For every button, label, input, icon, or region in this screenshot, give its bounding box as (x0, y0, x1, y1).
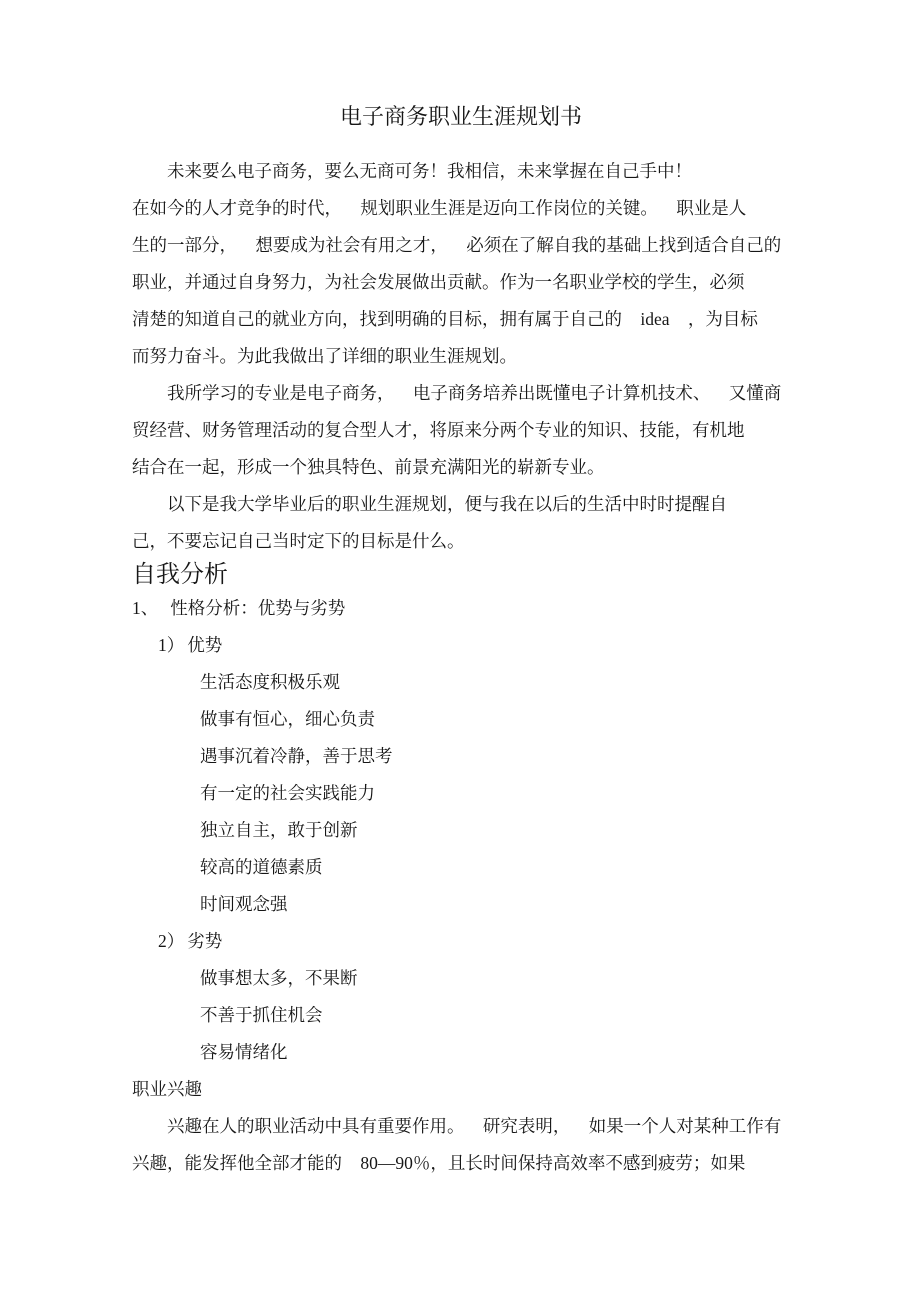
list-item: 时间观念强 (200, 886, 920, 923)
list-heading: 1）优势 (158, 627, 920, 664)
paragraph-line: 己，不要忘记自己当时定下的目标是什么。 (132, 523, 920, 560)
list-label: 优势 (187, 635, 222, 655)
list-item: 有一定的社会实践能力 (200, 775, 920, 812)
list-item: 容易情绪化 (200, 1034, 920, 1071)
list-heading: 1、性格分析：优势与劣势 (132, 590, 920, 627)
list-item: 较高的道德素质 (200, 849, 920, 886)
list-number: 2） (158, 931, 184, 951)
paragraph-line: 兴趣，能发挥他全部才能的 80—90％，且长时间保持高效率不感到疲劳；如果 (132, 1145, 920, 1182)
list-item: 做事有恒心，细心负责 (200, 701, 920, 738)
list-item: 生活态度积极乐观 (200, 664, 920, 701)
paragraph-line: 职业兴趣 (132, 1071, 920, 1108)
paragraph-line: 结合在一起，形成一个独具特色、前景充满阳光的崭新专业。 (132, 449, 920, 486)
paragraph-line: 清楚的知道自己的就业方向，找到明确的目标，拥有属于自己的 idea ，为目标 (132, 301, 920, 338)
list-heading: 2）劣势 (158, 923, 920, 960)
section-heading: 自我分析 (132, 560, 920, 590)
paragraph-line: 未来要么电子商务，要么无商可务！我相信，未来掌握在自己手中！ (132, 153, 920, 190)
list-number: 1） (158, 635, 184, 655)
paragraph-line: 而努力奋斗。为此我做出了详细的职业生涯规划。 (132, 338, 920, 375)
paragraph-line: 以下是我大学毕业后的职业生涯规划，便与我在以后的生活中时时提醒自 (132, 486, 920, 523)
list-label: 劣势 (187, 931, 222, 951)
list-item: 独立自主，敢于创新 (200, 812, 920, 849)
paragraph-line: 职业，并通过自身努力，为社会发展做出贡献。作为一名职业学校的学生，必须 (132, 264, 920, 301)
paragraph-line: 兴趣在人的职业活动中具有重要作用。 研究表明， 如果一个人对某种工作有 (132, 1108, 920, 1145)
list-item: 不善于抓住机会 (200, 997, 920, 1034)
paragraph-line: 生的一部分， 想要成为社会有用之才， 必须在了解自我的基础上找到适合自己的 (132, 227, 920, 264)
list-item: 做事想太多，不果断 (200, 960, 920, 997)
paragraph-line: 贸经营、财务管理活动的复合型人才，将原来分两个专业的知识、技能，有机地 (132, 412, 920, 449)
list-label: 性格分析：优势与劣势 (170, 598, 345, 618)
paragraph-line: 在如今的人才竞争的时代， 规划职业生涯是迈向工作岗位的关键。 职业是人 (132, 190, 920, 227)
list-number: 1、 (132, 598, 158, 618)
document-page: 电子商务职业生涯规划书 未来要么电子商务，要么无商可务！我相信，未来掌握在自己手… (0, 0, 920, 1303)
paragraph-line: 我所学习的专业是电子商务， 电子商务培养出既懂电子计算机技术、 又懂商 (132, 375, 920, 412)
document-body: 未来要么电子商务，要么无商可务！我相信，未来掌握在自己手中！在如今的人才竞争的时… (132, 153, 920, 1182)
list-item: 遇事沉着冷静，善于思考 (200, 738, 920, 775)
document-title: 电子商务职业生涯规划书 (132, 99, 790, 135)
